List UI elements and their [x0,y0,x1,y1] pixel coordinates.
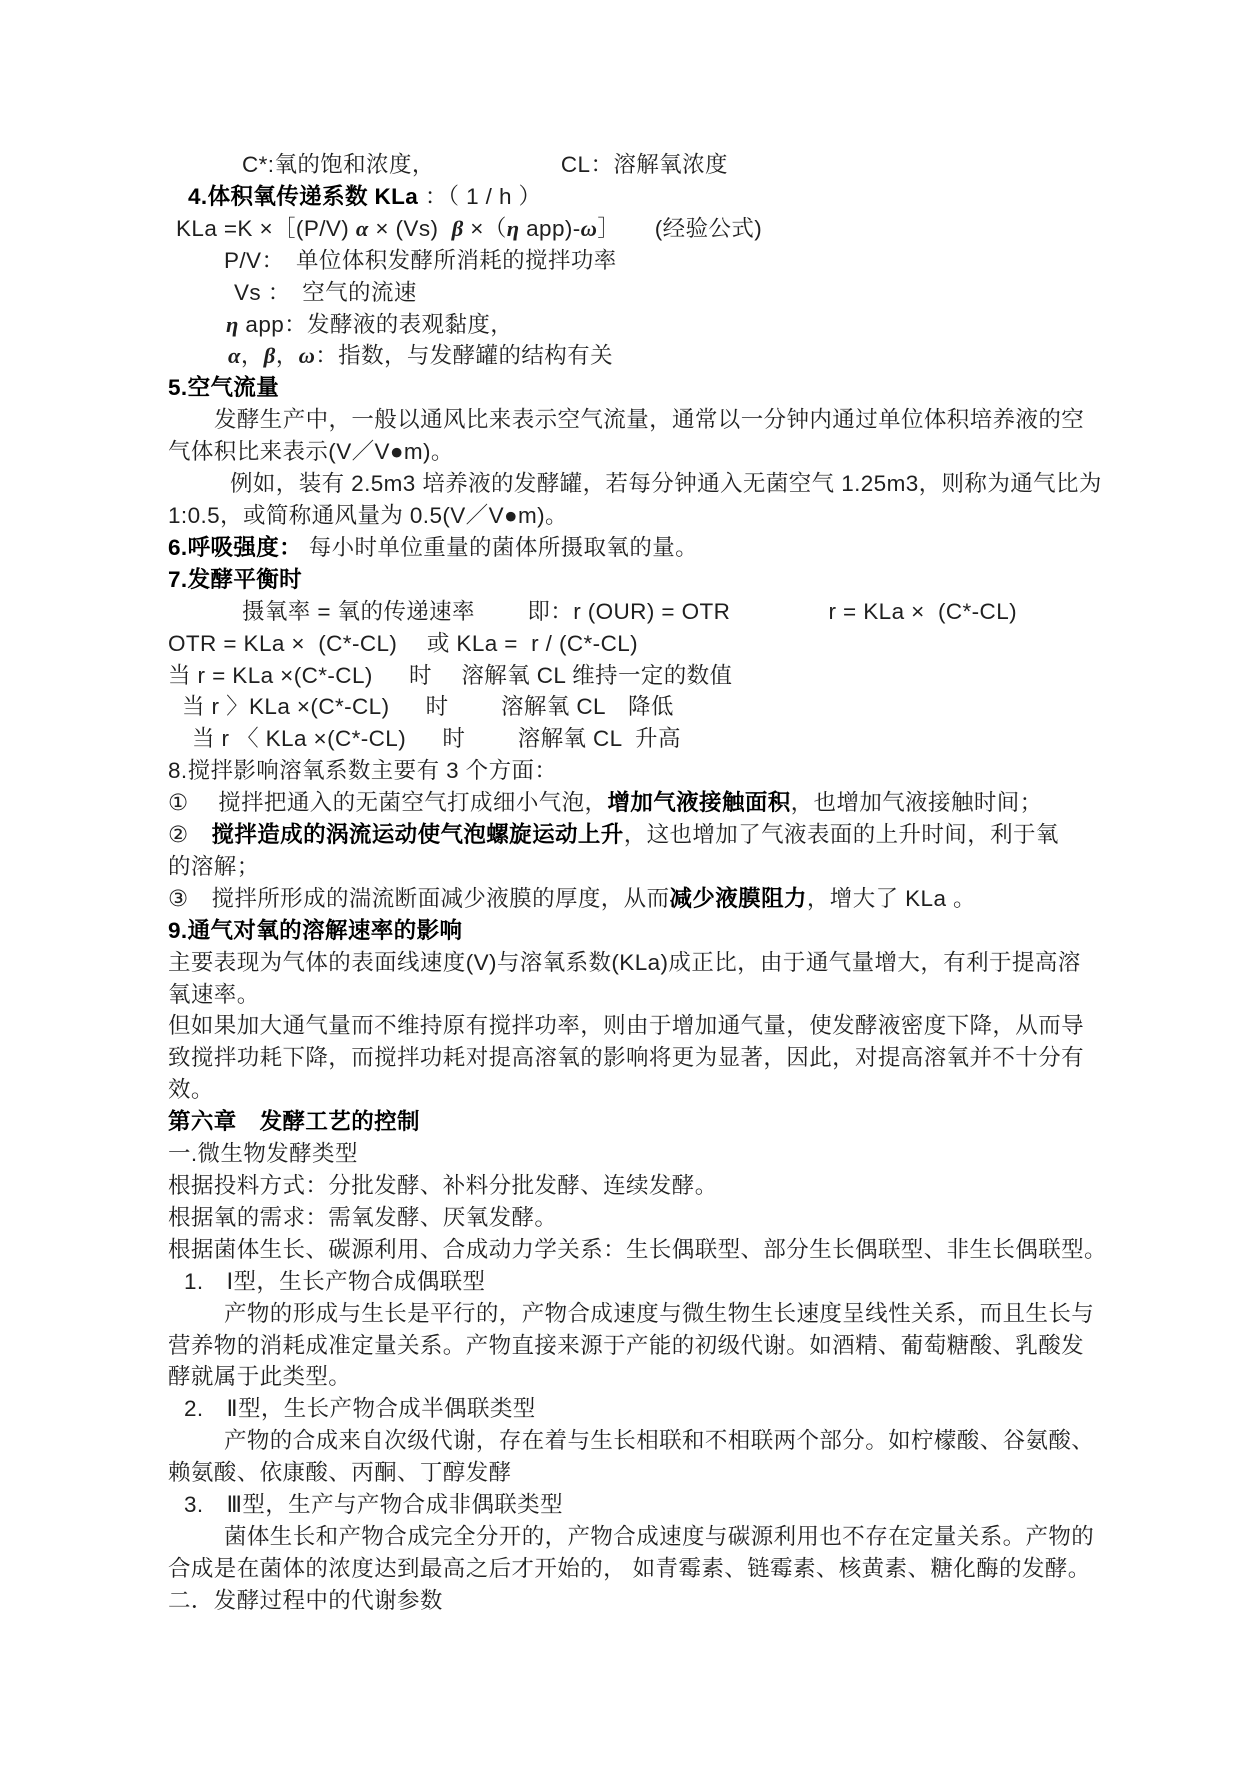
text-run: 的溶解； [168,854,260,879]
text-run: 产物的合成来自次级代谢，存在着与生长相联和不相联两个部分。如柠檬酸、谷氨酸、 [224,1428,1094,1453]
text-run: ］ (经验公式) [597,216,762,241]
bold-text-run: 增加气液接触面积 [607,790,790,815]
text-line: 6.呼吸强度： 每小时单位重量的菌体所摄取氧的量。 [168,532,1123,564]
text-line: 产物的合成来自次级代谢，存在着与生长相联和不相联两个部分。如柠檬酸、谷氨酸、 [168,1425,1123,1457]
bold-text-run: 7.发酵平衡时 [168,567,302,592]
text-run: ， [241,343,264,368]
text-run: ：指数，与发酵罐的结构有关 [315,343,613,368]
text-line: 营养物的消耗成准定量关系。产物直接来源于产能的初级代谢。如酒精、葡萄糖酸、乳酸发 [168,1330,1123,1362]
text-run: 1:0.5，或简称通风量为 0.5(V／V●m)。 [168,503,568,528]
text-line: 当 r 〈 KLa ×(C*-CL) 时 溶解氧 CL 升高 [168,723,1123,755]
text-run: 根据氧的需求：需氧发酵、厌氧发酵。 [168,1205,557,1230]
bold-text-run: 减少液膜阻力 [669,886,806,911]
text-run: 1. Ⅰ型，生长产物合成偶联型 [184,1269,485,1294]
text-run: 致搅拌功耗下降，而搅拌功耗对提高溶氧的影响将更为显著，因此，对提高溶氧并不十分有 [168,1045,1084,1070]
text-line: 但如果加大通气量而不维持原有搅拌功率，则由于增加通气量，使发酵液密度下降，从而导 [168,1010,1123,1042]
greek-symbol: η [226,312,239,337]
text-run: 营养物的消耗成准定量关系。产物直接来源于产能的初级代谢。如酒精、葡萄糖酸、乳酸发 [168,1333,1084,1358]
text-run: 一.微生物发酵类型 [168,1141,358,1166]
text-line: ② 搅拌造成的涡流运动使气泡螺旋运动上升，这也增加了气液表面的上升时间，利于氧 [168,819,1123,851]
greek-symbol: ω [299,343,316,368]
text-run: Vs ： 空气的流速 [234,280,417,305]
text-run: 主要表现为气体的表面线速度(V)与溶氧系数(KLa)成正比，由于通气量增大，有利… [168,950,1081,975]
text-line: 3. Ⅲ型，生产与产物合成非偶联类型 [168,1489,1123,1521]
text-run: 氧速率。 [168,982,260,1007]
text-run: app：发酵液的表观黏度， [239,312,513,337]
text-line: 一.微生物发酵类型 [168,1138,1123,1170]
greek-symbol: ω [581,216,598,241]
text-line: C*:氧的饱和浓度， CL：溶解氧浓度 [168,149,1123,181]
text-line: 9.通气对氧的溶解速率的影响 [168,915,1123,947]
text-run: KLa =K ×［(P/V) [176,216,356,241]
text-run: 二．发酵过程中的代谢参数 [168,1588,443,1613]
text-run: 例如，装有 2.5m3 培养液的发酵罐，若每分钟通入无菌空气 1.25m3，则称… [230,471,1102,496]
text-run: 酵就属于此类型。 [168,1364,351,1389]
text-run: 当 r 〉KLa ×(C*-CL) 时 溶解氧 CL 降低 [182,694,674,719]
text-run: ，也增加气液接触时间； [791,790,1043,815]
text-line: 酵就属于此类型。 [168,1361,1123,1393]
text-line: 发酵生产中，一般以通风比来表示空气流量，通常以一分钟内通过单位体积培养液的空 [168,404,1123,436]
text-line: 致搅拌功耗下降，而搅拌功耗对提高溶氧的影响将更为显著，因此，对提高溶氧并不十分有 [168,1042,1123,1074]
text-line: 气体积比来表示(V／V●m)。 [168,436,1123,468]
text-line: Vs ： 空气的流速 [168,277,1123,309]
text-line: 2. Ⅱ型，生长产物合成半偶联类型 [168,1393,1123,1425]
text-run: 根据投料方式：分批发酵、补料分批发酵、连续发酵。 [168,1173,718,1198]
text-run: 摄氧率 = 氧的传递速率 即：r (OUR) = OTR r = KLa × (… [242,599,1017,624]
bold-text-run: 第六章 发酵工艺的控制 [168,1109,420,1134]
text-line: 根据氧的需求：需氧发酵、厌氧发酵。 [168,1202,1123,1234]
text-run: ① 搅拌把通入的无菌空气打成细小气泡， [168,790,607,815]
text-line: 氧速率。 [168,979,1123,1011]
text-run: × (Vs) [369,216,452,241]
text-run: 但如果加大通气量而不维持原有搅拌功率，则由于增加通气量，使发酵液密度下降，从而导 [168,1013,1084,1038]
text-line: 菌体生长和产物合成完全分开的，产物合成速度与碳源利用也不存在定量关系。产物的 [168,1521,1123,1553]
text-line: 第六章 发酵工艺的控制 [168,1106,1123,1138]
text-run: 产物的形成与生长是平行的，产物合成速度与微生物生长速度呈线性关系，而且生长与 [224,1301,1094,1326]
text-line: η app：发酵液的表观黏度， [168,309,1123,341]
text-run: ，这也增加了气液表面的上升时间，利于氧 [624,822,1059,847]
text-run: 当 r = KLa ×(C*-CL) 时 溶解氧 CL 维持一定的数值 [168,663,732,688]
text-run: OTR = KLa × (C*-CL) 或 KLa = r / (C*-CL) [168,631,638,656]
text-run: C*:氧的饱和浓度， CL：溶解氧浓度 [242,152,728,177]
text-line: α，β，ω：指数，与发酵罐的结构有关 [168,340,1123,372]
text-line: 7.发酵平衡时 [168,564,1123,596]
text-run: 8.搅拌影响溶氧系数主要有 3 个方面： [168,758,557,783]
text-line: 根据投料方式：分批发酵、补料分批发酵、连续发酵。 [168,1170,1123,1202]
text-line: 二．发酵过程中的代谢参数 [168,1585,1123,1617]
text-run: ，增大了 KLa 。 [807,886,976,911]
text-run: ② [168,822,211,847]
text-line: ③ 搅拌所形成的湍流断面减少液膜的厚度，从而减少液膜阻力，增大了 KLa 。 [168,883,1123,915]
text-line: 产物的形成与生长是平行的，产物合成速度与微生物生长速度呈线性关系，而且生长与 [168,1298,1123,1330]
text-line: 主要表现为气体的表面线速度(V)与溶氧系数(KLa)成正比，由于通气量增大，有利… [168,947,1123,979]
text-line: KLa =K ×［(P/V) α × (Vs) β ×（η app)-ω］ (经… [168,213,1123,245]
text-line: 1:0.5，或简称通风量为 0.5(V／V●m)。 [168,500,1123,532]
text-run: app)- [519,216,580,241]
text-run: 2. Ⅱ型，生长产物合成半偶联类型 [184,1396,536,1421]
text-run: ③ 搅拌所形成的湍流断面减少液膜的厚度，从而 [168,886,669,911]
text-run: 效。 [168,1077,214,1102]
greek-symbol: β [264,343,276,368]
bold-text-run: 4.体积氧传递系数 KLa [188,184,418,209]
text-line: 摄氧率 = 氧的传递速率 即：r (OUR) = OTR r = KLa × (… [168,596,1123,628]
document-page: C*:氧的饱和浓度， CL：溶解氧浓度4.体积氧传递系数 KLa ：（ 1 / … [0,0,1250,1768]
text-run: 赖氨酸、依康酸、丙酮、丁醇发酵 [168,1460,512,1485]
text-run: 每小时单位重量的菌体所摄取氧的量。 [302,535,698,560]
text-line: 当 r = KLa ×(C*-CL) 时 溶解氧 CL 维持一定的数值 [168,660,1123,692]
text-line: 合成是在菌体的浓度达到最高之后才开始的， 如青霉素、链霉素、核黄素、糖化酶的发酵… [168,1553,1123,1585]
bold-text-run: 搅拌造成的涡流运动使气泡螺旋运动上升 [211,822,623,847]
text-run: ×（ [464,216,507,241]
text-line: ① 搅拌把通入的无菌空气打成细小气泡，增加气液接触面积，也增加气液接触时间； [168,787,1123,819]
text-line: 的溶解； [168,851,1123,883]
text-run: ， [276,343,299,368]
text-run: ：（ 1 / h ） [418,184,541,209]
text-line: 当 r 〉KLa ×(C*-CL) 时 溶解氧 CL 降低 [168,691,1123,723]
text-run: 合成是在菌体的浓度达到最高之后才开始的， 如青霉素、链霉素、核黄素、糖化酶的发酵… [168,1556,1091,1581]
bold-text-run: 5.空气流量 [168,375,279,400]
text-line: 8.搅拌影响溶氧系数主要有 3 个方面： [168,755,1123,787]
text-line: 5.空气流量 [168,372,1123,404]
text-line: P/V： 单位体积发酵所消耗的搅拌功率 [168,245,1123,277]
text-line: 4.体积氧传递系数 KLa ：（ 1 / h ） [168,181,1123,213]
text-line: 根据菌体生长、碳源利用、合成动力学关系：生长偶联型、部分生长偶联型、非生长偶联型… [168,1234,1123,1266]
text-run: P/V： 单位体积发酵所消耗的搅拌功率 [224,248,617,273]
text-run: 气体积比来表示(V／V●m)。 [168,439,454,464]
text-line: 赖氨酸、依康酸、丙酮、丁醇发酵 [168,1457,1123,1489]
greek-symbol: β [452,216,464,241]
bold-text-run: 9.通气对氧的溶解速率的影响 [168,918,462,943]
text-run: 3. Ⅲ型，生产与产物合成非偶联类型 [184,1492,563,1517]
text-line: OTR = KLa × (C*-CL) 或 KLa = r / (C*-CL) [168,628,1123,660]
text-run: 发酵生产中，一般以通风比来表示空气流量，通常以一分钟内通过单位体积培养液的空 [214,407,1084,432]
greek-symbol: η [507,216,520,241]
document-body: C*:氧的饱和浓度， CL：溶解氧浓度4.体积氧传递系数 KLa ：（ 1 / … [168,149,1123,1617]
bold-text-run: 6.呼吸强度： [168,535,302,560]
text-run: 当 r 〈 KLa ×(C*-CL) 时 溶解氧 CL 升高 [192,726,681,751]
text-line: 例如，装有 2.5m3 培养液的发酵罐，若每分钟通入无菌空气 1.25m3，则称… [168,468,1123,500]
text-line: 1. Ⅰ型，生长产物合成偶联型 [168,1266,1123,1298]
text-line: 效。 [168,1074,1123,1106]
text-run: 菌体生长和产物合成完全分开的，产物合成速度与碳源利用也不存在定量关系。产物的 [224,1524,1094,1549]
greek-symbol: α [228,343,241,368]
greek-symbol: α [356,216,369,241]
text-run: 根据菌体生长、碳源利用、合成动力学关系：生长偶联型、部分生长偶联型、非生长偶联型… [168,1237,1107,1262]
